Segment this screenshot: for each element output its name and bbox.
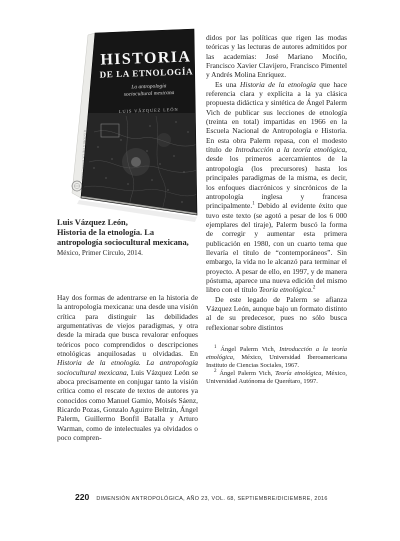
text-run: Teoría etnológica: [275, 370, 321, 377]
paragraph: Hay dos formas de adentrarse en la histo…: [57, 293, 198, 443]
text-run: Ángel Palerm Vich,: [217, 346, 280, 353]
book-cover-art: HISTORIA DE LA ETNOLOGÍA: [64, 12, 200, 224]
paragraph: didos por las políticas que rigen las mo…: [206, 33, 347, 80]
page-footer: 220 Dimensión Antropológica, año 23, vol…: [75, 492, 355, 502]
right-column-text: didos por las políticas que rigen las mo…: [206, 33, 347, 332]
page-number: 220: [75, 492, 89, 502]
text-run: , Luis Vázquez León se aboca precisament…: [57, 368, 198, 442]
text-run: Teoría etnológica: [259, 285, 311, 294]
book-cover-photo: HISTORIA DE LA ETNOLOGÍA: [64, 12, 200, 224]
text-run: Es una: [215, 80, 240, 89]
text-run: Historia de la etnología: [240, 80, 316, 89]
citation-imprint: México, Primer Círculo, 2014.: [57, 249, 189, 258]
text-run: didos por las políticas que rigen las mo…: [206, 33, 347, 79]
text-run: Introducción a la teoría etnológica: [235, 145, 345, 154]
paragraph: Es una Historia de la etnología que hace…: [206, 80, 347, 295]
right-column: didos por las políticas que rigen las mo…: [206, 33, 347, 386]
cover-title-line1: HISTORIA: [100, 48, 191, 68]
text-run: Ángel Palerm Vich,: [217, 370, 276, 377]
paragraph: 2 Ángel Palerm Vich, Teoría etnológica, …: [206, 370, 347, 386]
journal-footer-line: Dimensión Antropológica, año 23, vol. 68…: [96, 496, 327, 502]
footnotes: 1 Ángel Palerm Vich, Introducción a la t…: [206, 346, 347, 386]
footnote-reference: 2: [313, 286, 316, 291]
text-run: Hay dos formas de adentrarse en la histo…: [57, 293, 198, 358]
citation-author: Luis Vázquez León,: [57, 218, 189, 228]
citation-title: Historia de la etnología. La antropologí…: [57, 228, 189, 248]
paragraph: 1 Ángel Palerm Vich, Introducción a la t…: [206, 346, 347, 370]
text-run: que hace referencia clara y explícita a …: [206, 80, 347, 154]
left-column: Hay dos formas de adentrarse en la histo…: [57, 293, 198, 443]
book-citation: Luis Vázquez León, Historia de la etnolo…: [57, 218, 189, 258]
text-run: De este legado de Palerm se afianza Vázq…: [206, 295, 347, 332]
paragraph: De este legado de Palerm se afianza Vázq…: [206, 295, 347, 332]
journal-page: HISTORIA DE LA ETNOLOGÍA: [0, 0, 400, 541]
text-run: Debido al evidente éxito que tuvo este t…: [206, 201, 347, 294]
cover-subtitle-line1: La antropología: [130, 83, 166, 90]
